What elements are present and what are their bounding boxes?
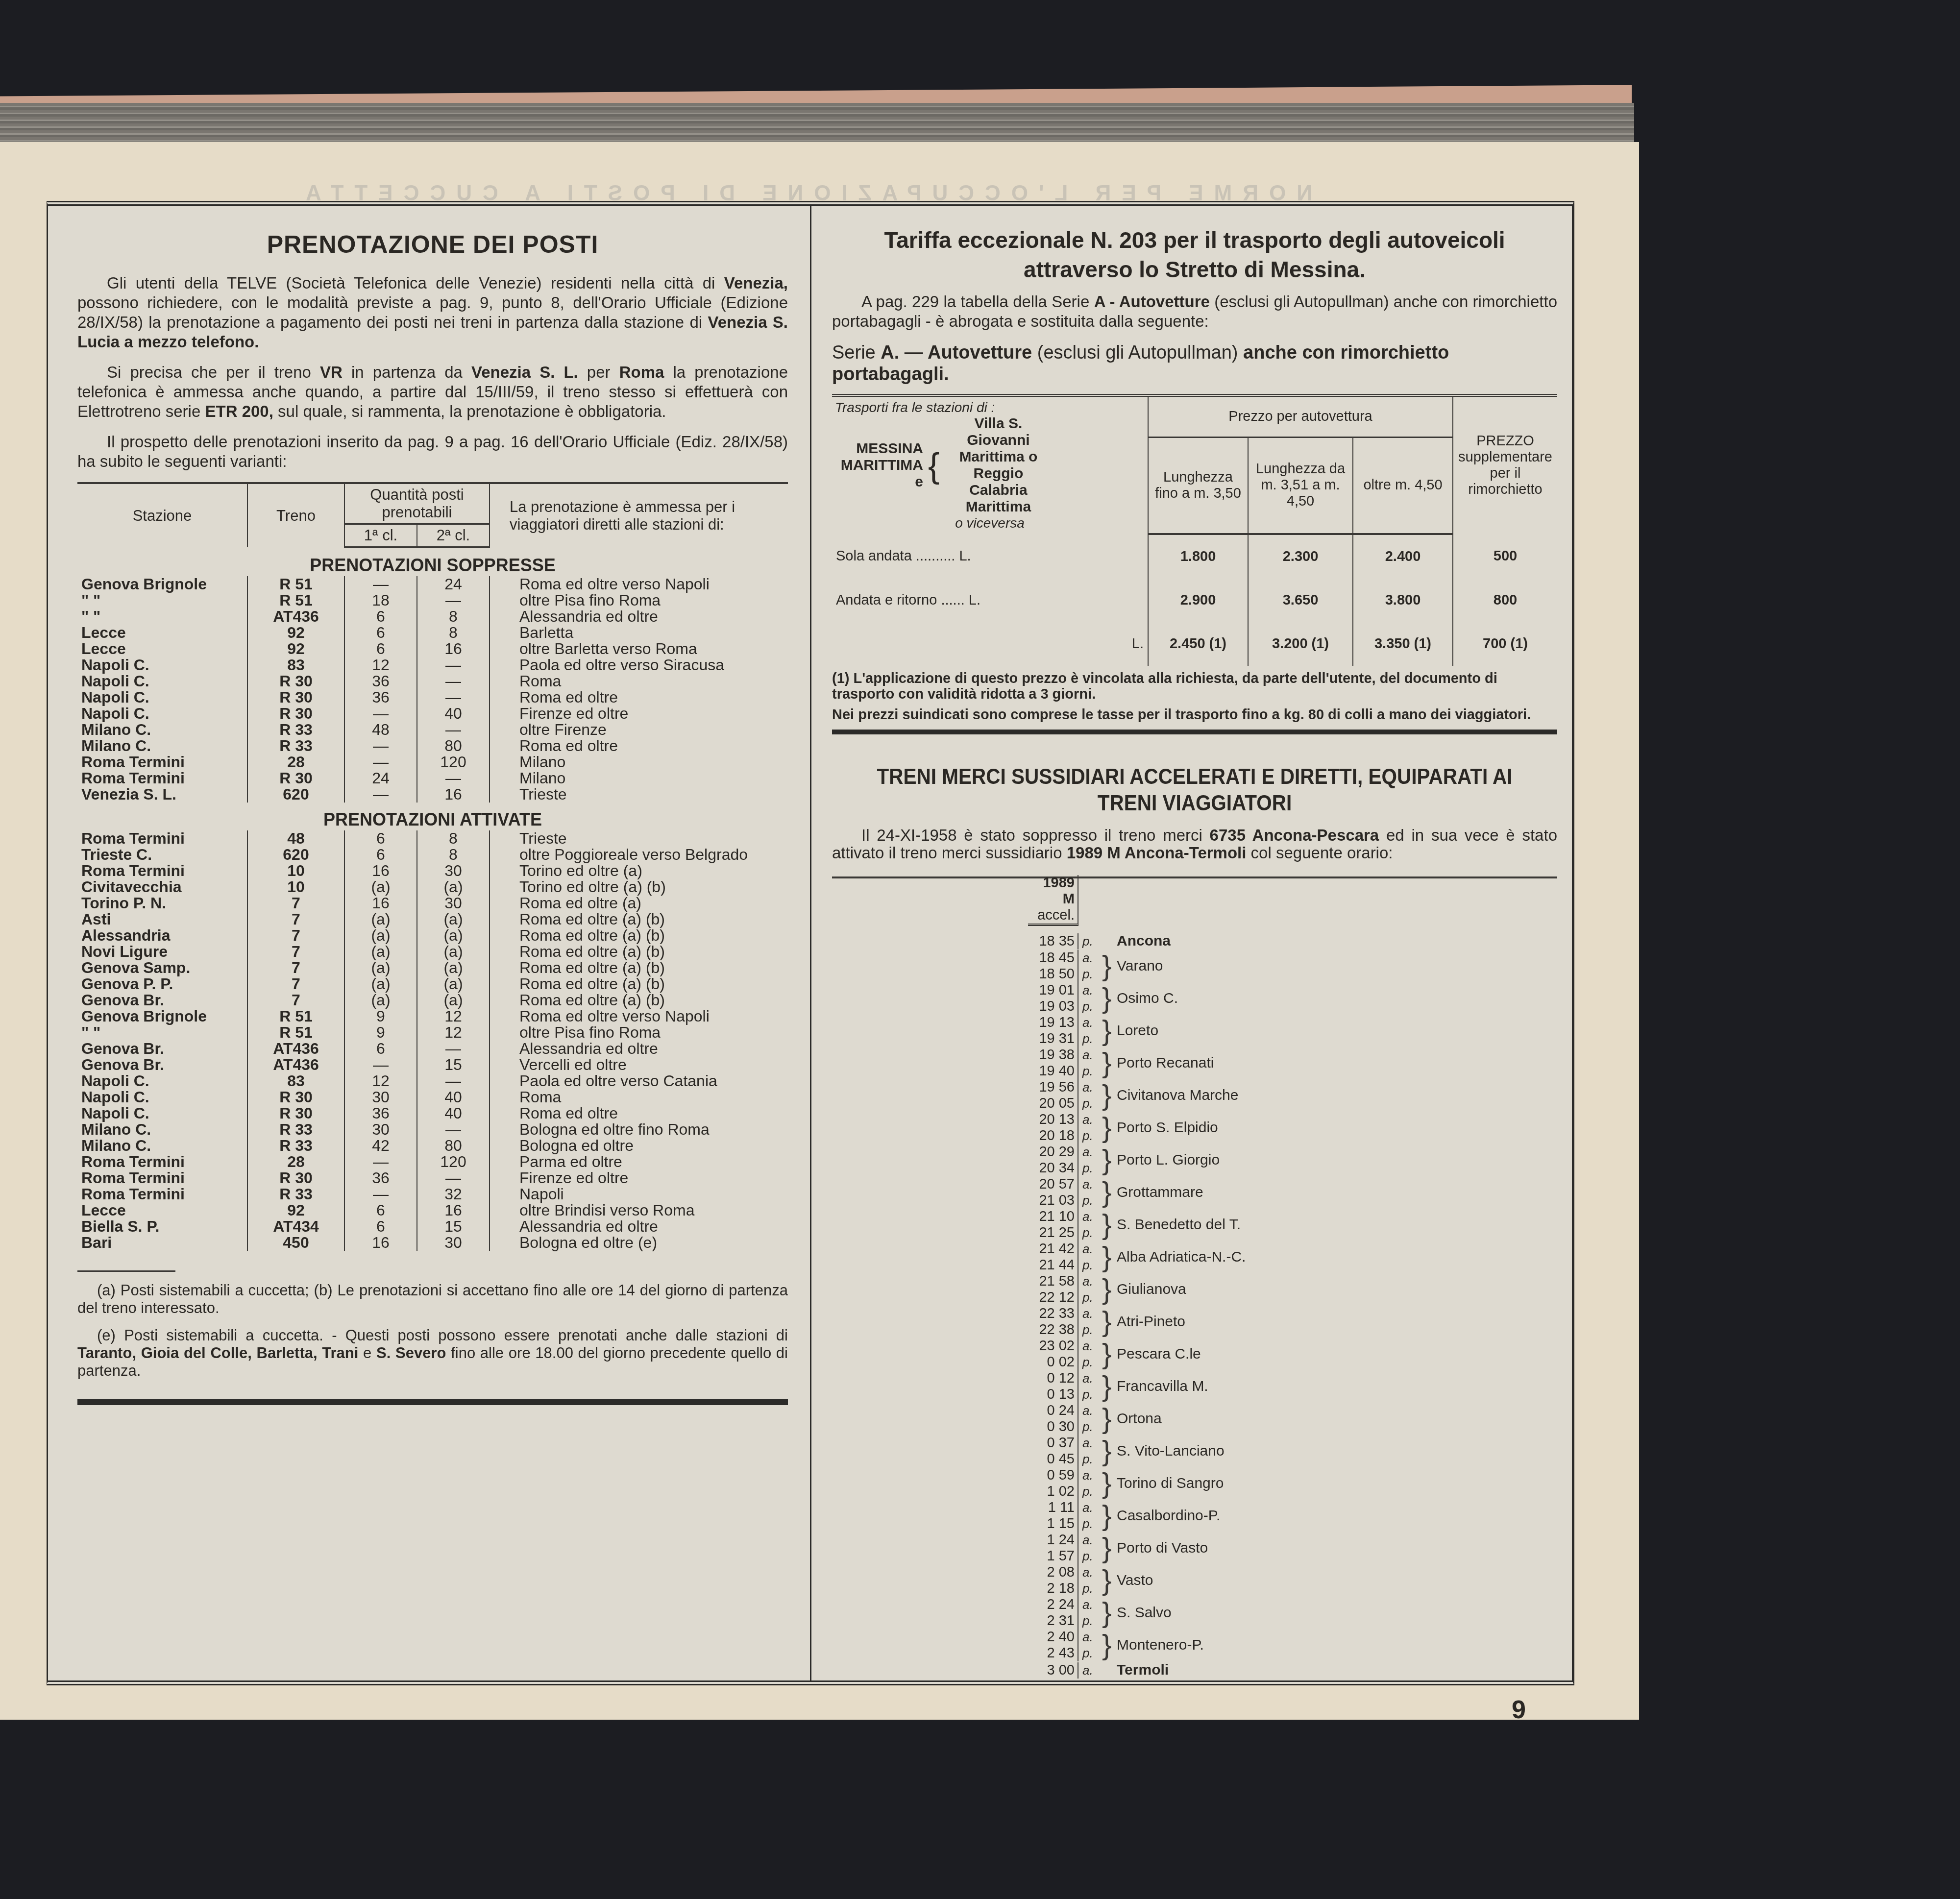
cell-train: 7 — [247, 944, 344, 960]
cell-c2: 32 — [417, 1186, 490, 1202]
table-row: Genova BrignoleR 51912Roma ed oltre vers… — [77, 1008, 788, 1024]
timetable-stop: 2 082 18a.p.}Vasto — [1028, 1564, 1557, 1597]
cell-c2: — — [417, 1170, 490, 1186]
table-row: Genova Br.AT436—15Vercelli ed oltre — [77, 1057, 788, 1073]
cell-c1: 42 — [344, 1138, 417, 1154]
cell-station: Roma Termini — [77, 754, 247, 770]
cell-dest: Alessandria ed oltre — [490, 1041, 788, 1057]
cell-train: 7 — [247, 911, 344, 927]
brace-icon: } — [1102, 1566, 1111, 1595]
cell-dest: Firenze ed oltre — [490, 706, 788, 722]
brace-icon: } — [1102, 1501, 1111, 1531]
cell-dest: Napoli — [490, 1186, 788, 1202]
cell-c1: 6 — [344, 609, 417, 625]
cell-c2: — — [417, 770, 490, 786]
cell-c1: (a) — [344, 976, 417, 992]
activated-section: PRENOTAZIONI ATTIVATE Roma Termini4868Tr… — [77, 803, 788, 1251]
table-row: Roma Termini28—120Parma ed oltre — [77, 1154, 788, 1170]
stations-header: Trasporti fra le stazioni di : MESSINA M… — [832, 395, 1148, 534]
table-row: Napoli C.R 30—40Firenze ed oltre — [77, 706, 788, 722]
cell-train: 83 — [247, 657, 344, 673]
brace-icon: } — [1102, 1145, 1111, 1175]
cell-dest: Roma ed oltre (a) (b) — [490, 944, 788, 960]
timetable: 1989 M accel. 18 35 p. Ancona 18 4518 50… — [1028, 883, 1557, 1679]
cell-c1: 9 — [344, 1008, 417, 1024]
timetable-stops: 18 4518 50a.p.}Varano19 0119 03a.p.}Osim… — [1028, 950, 1557, 1661]
col-header-station: Stazione — [77, 483, 247, 547]
cell-train: R 30 — [247, 1105, 344, 1121]
brace-icon: } — [1102, 1178, 1111, 1207]
col-length-2: Lunghezza da m. 3,51 a m. 4,50 — [1248, 437, 1353, 534]
cell-c1: — — [344, 706, 417, 722]
cell-dest: Barletta — [490, 625, 788, 641]
cell-dest: Roma ed oltre — [490, 738, 788, 754]
cell-train: 92 — [247, 641, 344, 657]
cell-station: " " — [77, 592, 247, 609]
cell-c2: — — [417, 1073, 490, 1089]
price-group-header: Prezzo per autovettura — [1148, 395, 1453, 437]
cell-train: 7 — [247, 992, 344, 1008]
cell-station: Napoli C. — [77, 1073, 247, 1089]
cell-c2: 8 — [417, 609, 490, 625]
cell-station: Asti — [77, 911, 247, 927]
brace-icon: } — [1102, 1210, 1111, 1240]
cell-train: AT436 — [247, 609, 344, 625]
brace-icon: } — [1102, 1631, 1111, 1660]
cell-c2: — — [417, 657, 490, 673]
table-row: Roma TerminiR 3036—Firenze ed oltre — [77, 1170, 788, 1186]
cell-c1: 6 — [344, 830, 417, 847]
cell-dest: Paola ed oltre verso Catania — [490, 1073, 788, 1089]
cell-c1: 30 — [344, 1089, 417, 1105]
cell-dest: Roma ed oltre (a) (b) — [490, 927, 788, 944]
cell-c1: 30 — [344, 1121, 417, 1138]
cell-c2: 40 — [417, 706, 490, 722]
cell-train: R 33 — [247, 738, 344, 754]
cell-dest: Bologna ed oltre — [490, 1138, 788, 1154]
cell-station: Napoli C. — [77, 1089, 247, 1105]
table-row: Trieste C.62068oltre Poggioreale verso B… — [77, 847, 788, 863]
row-andata-ritorno: Andata e ritorno ...... L. 2.900 3.650 3… — [832, 579, 1557, 622]
table-row: Milano C.R 3348—oltre Firenze — [77, 722, 788, 738]
brace-icon: } — [1102, 1469, 1111, 1498]
cell-c1: 36 — [344, 673, 417, 689]
tariff-title: Tariffa eccezionale N. 203 per il traspo… — [832, 225, 1557, 284]
cell-station: Genova Samp. — [77, 960, 247, 976]
timetable-stop: 21 5822 12a.p.}Giulianova — [1028, 1273, 1557, 1306]
cell-station: Milano C. — [77, 722, 247, 738]
cell-c1: (a) — [344, 927, 417, 944]
cell-c2: — — [417, 673, 490, 689]
timetable-stop: 0 120 13a.p.}Francavilla M. — [1028, 1370, 1557, 1403]
cell-station: Lecce — [77, 625, 247, 641]
timetable-stop: 19 3819 40a.p.}Porto Recanati — [1028, 1047, 1557, 1079]
cell-c1: — — [344, 1186, 417, 1202]
cell-dest: Roma ed oltre — [490, 689, 788, 706]
cell-station: " " — [77, 609, 247, 625]
cell-train: R 51 — [247, 576, 344, 592]
left-column: PRENOTAZIONE DEI POSTI Gli utenti della … — [77, 230, 788, 1405]
cell-station: Biella S. P. — [77, 1218, 247, 1235]
cell-c2: 120 — [417, 1154, 490, 1170]
paragraph-telve: Gli utenti della TELVE (Società Telefoni… — [77, 273, 788, 352]
paragraph-varianti: Il prospetto delle prenotazioni inserito… — [77, 432, 788, 471]
cell-c2: — — [417, 1041, 490, 1057]
cell-c1: 48 — [344, 722, 417, 738]
cell-station: Trieste C. — [77, 847, 247, 863]
cell-c1: 9 — [344, 1024, 417, 1041]
cell-c1: (a) — [344, 992, 417, 1008]
table-row: Genova Br.7(a)(a)Roma ed oltre (a) (b) — [77, 992, 788, 1008]
brace-icon: } — [1102, 1242, 1111, 1272]
table-row: Genova Br.AT4366—Alessandria ed oltre — [77, 1041, 788, 1057]
page-number: 9 — [1512, 1695, 1526, 1725]
table-row: Napoli C.8312—Paola ed oltre verso Sirac… — [77, 657, 788, 673]
cell-c2: 12 — [417, 1008, 490, 1024]
cell-c2: 24 — [417, 576, 490, 592]
timetable-stop: 20 2920 34a.p.}Porto L. Giorgio — [1028, 1144, 1557, 1176]
cell-train: 450 — [247, 1235, 344, 1251]
cell-station: Genova Brignole — [77, 576, 247, 592]
timetable-stop: 2 242 31a.p.}S. Salvo — [1028, 1597, 1557, 1629]
cell-train: 92 — [247, 625, 344, 641]
cell-station: Genova Br. — [77, 1041, 247, 1057]
cell-c1: 24 — [344, 770, 417, 786]
brace-icon: } — [1102, 1275, 1111, 1304]
timetable-stop: 21 1021 25a.p.}S. Benedetto del T. — [1028, 1209, 1557, 1241]
cell-dest: Alessandria ed oltre — [490, 1218, 788, 1235]
cell-station: Torino P. N. — [77, 895, 247, 911]
timetable-stop: 0 240 30a.p.}Ortona — [1028, 1403, 1557, 1435]
cell-dest: Alessandria ed oltre — [490, 609, 788, 625]
row-andata-ritorno-reduced: L. 2.450 (1) 3.200 (1) 3.350 (1) 700 (1) — [832, 622, 1557, 666]
timetable-stop: 21 4221 44a.p.}Alba Adriatica-N.-C. — [1028, 1241, 1557, 1273]
row-sola-andata: Sola andata .......... L. 1.800 2.300 2.… — [832, 534, 1557, 579]
brace-icon: } — [1102, 1339, 1111, 1369]
cell-train: R 30 — [247, 770, 344, 786]
cell-c1: (a) — [344, 960, 417, 976]
table-row: Milano C.R 3330—Bologna ed oltre fino Ro… — [77, 1121, 788, 1138]
cell-c1: 18 — [344, 592, 417, 609]
timetable-stop: 23 020 02a.p.}Pescara C.le — [1028, 1338, 1557, 1370]
cell-c2: 15 — [417, 1218, 490, 1235]
cell-station: Genova P. P. — [77, 976, 247, 992]
timetable-stop: 19 5620 05a.p.}Civitanova Marche — [1028, 1079, 1557, 1112]
cell-station: Genova Br. — [77, 1057, 247, 1073]
cell-dest: Roma ed oltre (a) (b) — [490, 960, 788, 976]
cell-station: Venezia S. L. — [77, 786, 247, 803]
cell-train: R 30 — [247, 706, 344, 722]
table-row: Roma TerminiR 33—32Napoli — [77, 1186, 788, 1202]
cell-c2: (a) — [417, 992, 490, 1008]
cell-c2: 16 — [417, 786, 490, 803]
cell-dest: oltre Firenze — [490, 722, 788, 738]
cell-train: 83 — [247, 1073, 344, 1089]
cell-c2: (a) — [417, 976, 490, 992]
cell-station: Napoli C. — [77, 706, 247, 722]
section-title-prenotazione: PRENOTAZIONE DEI POSTI — [77, 230, 788, 259]
cell-c1: 6 — [344, 1202, 417, 1218]
cell-c2: (a) — [417, 911, 490, 927]
table-row: Genova Samp.7(a)(a)Roma ed oltre (a) (b) — [77, 960, 788, 976]
suppressed-section: PRENOTAZIONI SOPPRESSE Genova BrignoleR … — [77, 547, 788, 803]
timetable-stop: 0 591 02a.p.}Torino di Sangro — [1028, 1467, 1557, 1500]
cell-train: 7 — [247, 976, 344, 992]
cell-dest: oltre Poggioreale verso Belgrado — [490, 847, 788, 863]
table-row: Civitavecchia10(a)(a)Torino ed oltre (a)… — [77, 879, 788, 895]
cell-train: R 33 — [247, 1121, 344, 1138]
cell-dest: Roma ed oltre verso Napoli — [490, 576, 788, 592]
table-row: " "R 51912oltre Pisa fino Roma — [77, 1024, 788, 1041]
suppressed-title: PRENOTAZIONI SOPPRESSE — [77, 547, 788, 576]
cell-c1: — — [344, 738, 417, 754]
table-row: Genova P. P.7(a)(a)Roma ed oltre (a) (b) — [77, 976, 788, 992]
timetable-origin: 18 35 p. Ancona — [1028, 932, 1557, 950]
cell-train: 10 — [247, 863, 344, 879]
cell-dest: Roma ed oltre (a) — [490, 895, 788, 911]
col-header-destinations: La prenotazione è ammessa per i viaggiat… — [490, 483, 788, 547]
cell-dest: Bologna ed oltre (e) — [490, 1235, 788, 1251]
table-row: Napoli C.R 303040Roma — [77, 1089, 788, 1105]
cell-station: Lecce — [77, 1202, 247, 1218]
cell-c1: (a) — [344, 944, 417, 960]
cell-c2: 16 — [417, 641, 490, 657]
table-row: Lecce92616oltre Barletta verso Roma — [77, 641, 788, 657]
cell-dest: Roma ed oltre (a) (b) — [490, 976, 788, 992]
tariff-note-2: Nei prezzi suindicati sono comprese le t… — [832, 707, 1557, 723]
timetable-stop: 2 402 43a.p.}Montenero-P. — [1028, 1629, 1557, 1661]
brace-icon: } — [1102, 1598, 1111, 1628]
cell-dest: Roma ed oltre (a) (b) — [490, 992, 788, 1008]
cell-station: Roma Termini — [77, 1186, 247, 1202]
cell-station: Milano C. — [77, 1138, 247, 1154]
brace-icon: } — [1102, 1307, 1111, 1337]
footnote-ab: (a) Posti sistemabili a cuccetta; (b) Le… — [77, 1282, 788, 1317]
cell-station: Genova Br. — [77, 992, 247, 1008]
cell-train: R 33 — [247, 722, 344, 738]
cell-c1: 6 — [344, 625, 417, 641]
right-column: Tariffa eccezionale N. 203 per il traspo… — [832, 225, 1557, 1679]
brace-icon: } — [1102, 1016, 1111, 1046]
cell-c2: (a) — [417, 944, 490, 960]
timetable-stop: 0 370 45a.p.}S. Vito-Lanciano — [1028, 1435, 1557, 1467]
cell-dest: Roma — [490, 673, 788, 689]
cell-c2: 8 — [417, 830, 490, 847]
cell-train: 7 — [247, 960, 344, 976]
cell-dest: oltre Barletta verso Roma — [490, 641, 788, 657]
table-row: Roma TerminiR 3024—Milano — [77, 770, 788, 786]
cell-c2: 30 — [417, 863, 490, 879]
cell-station: Milano C. — [77, 738, 247, 754]
col-length-1: Lunghezza fino a m. 3,50 — [1148, 437, 1248, 534]
table-row: Roma Termini101630Torino ed oltre (a) — [77, 863, 788, 879]
cell-train: R 30 — [247, 1089, 344, 1105]
cell-train: AT436 — [247, 1041, 344, 1057]
cell-c2: (a) — [417, 960, 490, 976]
cell-c2: 30 — [417, 1235, 490, 1251]
cell-station: " " — [77, 1024, 247, 1041]
brace-icon: } — [1102, 1404, 1111, 1434]
timetable-stop: 22 3322 38a.p.}Atri-Pineto — [1028, 1306, 1557, 1338]
cell-c2: 40 — [417, 1105, 490, 1121]
cell-dest: Roma — [490, 1089, 788, 1105]
timetable-stop: 1 111 15a.p.}Casalbordino-P. — [1028, 1500, 1557, 1532]
col-header-class2: 2ª cl. — [417, 524, 490, 548]
cell-c1: — — [344, 576, 417, 592]
cell-dest: Trieste — [490, 830, 788, 847]
cell-c2: 8 — [417, 847, 490, 863]
table-row: Roma Termini4868Trieste — [77, 830, 788, 847]
cell-station: Napoli C. — [77, 689, 247, 706]
cell-c1: 36 — [344, 1170, 417, 1186]
table-row: " "R 5118—oltre Pisa fino Roma — [77, 592, 788, 609]
cell-dest: Roma ed oltre verso Napoli — [490, 1008, 788, 1024]
timetable-stop: 19 1319 31a.p.}Loreto — [1028, 1015, 1557, 1047]
reservations-table: Stazione Treno Quantità posti prenotabil… — [77, 482, 788, 1251]
tariff-note-1: (1) L'applicazione di questo prezzo è vi… — [832, 671, 1557, 702]
table-row: Novi Ligure7(a)(a)Roma ed oltre (a) (b) — [77, 944, 788, 960]
cell-dest: Paola ed oltre verso Siracusa — [490, 657, 788, 673]
table-row: Napoli C.R 3036—Roma ed oltre — [77, 689, 788, 706]
cell-c1: 12 — [344, 1073, 417, 1089]
cell-c2: 12 — [417, 1024, 490, 1041]
cell-dest: Trieste — [490, 786, 788, 803]
cell-c2: 8 — [417, 625, 490, 641]
cell-dest: Vercelli ed oltre — [490, 1057, 788, 1073]
table-row: Napoli C.R 3036—Roma — [77, 673, 788, 689]
col-length-3: oltre m. 4,50 — [1353, 437, 1453, 534]
table-row: Roma Termini28—120Milano — [77, 754, 788, 770]
cell-c2: — — [417, 689, 490, 706]
cell-c2: 80 — [417, 738, 490, 754]
cell-c1: (a) — [344, 879, 417, 895]
cell-c1: 16 — [344, 863, 417, 879]
cell-dest: Torino ed oltre (a) — [490, 863, 788, 879]
table-row: Genova BrignoleR 51—24Roma ed oltre vers… — [77, 576, 788, 592]
merci-paragraph: Il 24-XI-1958 è stato soppresso il treno… — [832, 827, 1557, 862]
brace-icon: } — [1102, 1436, 1111, 1466]
cell-dest: Roma ed oltre (a) (b) — [490, 911, 788, 927]
table-row: " "AT43668Alessandria ed oltre — [77, 609, 788, 625]
cell-dest: Firenze ed oltre — [490, 1170, 788, 1186]
brace-icon: } — [1102, 984, 1111, 1013]
cell-dest: Milano — [490, 770, 788, 786]
cell-train: 28 — [247, 1154, 344, 1170]
table-row: Milano C.R 334280Bologna ed oltre — [77, 1138, 788, 1154]
timetable-stop: 20 5721 03a.p.}Grottammare — [1028, 1176, 1557, 1209]
cell-c1: — — [344, 1057, 417, 1073]
column-divider — [810, 206, 811, 1680]
footnote-e: (e) Posti sistemabili a cuccetta. - Ques… — [77, 1327, 788, 1380]
cell-dest: Bologna ed oltre fino Roma — [490, 1121, 788, 1138]
cell-station: Napoli C. — [77, 673, 247, 689]
cell-train: 10 — [247, 879, 344, 895]
cell-c2: 30 — [417, 895, 490, 911]
cell-c2: 40 — [417, 1089, 490, 1105]
table-row: Lecce92616oltre Brindisi verso Roma — [77, 1202, 788, 1218]
cell-train: R 33 — [247, 1186, 344, 1202]
merci-title: TRENI MERCI SUSSIDIARI ACCELERATI E DIRE… — [861, 764, 1528, 817]
cell-station: Roma Termini — [77, 863, 247, 879]
serie-a-heading: Serie A. — Autovetture (esclusi gli Auto… — [832, 342, 1557, 385]
table-row: Biella S. P.AT434615Alessandria ed oltre — [77, 1218, 788, 1235]
brace-icon: } — [1102, 1081, 1111, 1110]
cell-station: Civitavecchia — [77, 879, 247, 895]
cell-station: Roma Termini — [77, 770, 247, 786]
right-mid-rule — [832, 730, 1557, 734]
cell-dest: oltre Pisa fino Roma — [490, 1024, 788, 1041]
cell-station: Napoli C. — [77, 1105, 247, 1121]
activated-title: PRENOTAZIONI ATTIVATE — [77, 803, 788, 830]
page-frame: PRENOTAZIONE DEI POSTI Gli utenti della … — [47, 201, 1574, 1685]
left-bottom-rule — [77, 1399, 788, 1405]
cell-station: Lecce — [77, 641, 247, 657]
cell-c1: 6 — [344, 847, 417, 863]
cell-station: Roma Termini — [77, 1154, 247, 1170]
cell-c1: 36 — [344, 689, 417, 706]
cell-c1: 6 — [344, 1041, 417, 1057]
timetable-stop: 19 0119 03a.p.}Osimo C. — [1028, 982, 1557, 1015]
timetable-stop: 1 241 57a.p.}Porto di Vasto — [1028, 1532, 1557, 1564]
cell-dest: Roma ed oltre — [490, 1105, 788, 1121]
cell-train: AT434 — [247, 1218, 344, 1235]
cell-train: 92 — [247, 1202, 344, 1218]
cell-train: R 33 — [247, 1138, 344, 1154]
cell-dest: oltre Brindisi verso Roma — [490, 1202, 788, 1218]
col-header-class1: 1ª cl. — [344, 524, 417, 548]
table-row: Torino P. N.71630Roma ed oltre (a) — [77, 895, 788, 911]
brace-icon: } — [1102, 1534, 1111, 1563]
cell-train: R 30 — [247, 673, 344, 689]
cell-train: 620 — [247, 786, 344, 803]
cell-c1: 36 — [344, 1105, 417, 1121]
cell-c2: 15 — [417, 1057, 490, 1073]
cell-station: Napoli C. — [77, 657, 247, 673]
cell-train: 7 — [247, 895, 344, 911]
cell-c2: (a) — [417, 879, 490, 895]
cell-train: 7 — [247, 927, 344, 944]
cell-train: R 30 — [247, 1170, 344, 1186]
table-row: Venezia S. L.620—16Trieste — [77, 786, 788, 803]
cell-train: R 30 — [247, 689, 344, 706]
cell-c2: 80 — [417, 1138, 490, 1154]
footnote-rule — [77, 1270, 175, 1272]
cell-station: Roma Termini — [77, 1170, 247, 1186]
cell-station: Milano C. — [77, 1121, 247, 1138]
brace-icon: } — [1102, 1048, 1111, 1078]
cell-dest: oltre Pisa fino Roma — [490, 592, 788, 609]
cell-train: R 51 — [247, 1024, 344, 1041]
cell-train: AT436 — [247, 1057, 344, 1073]
table-row: Napoli C.8312—Paola ed oltre verso Catan… — [77, 1073, 788, 1089]
table-row: Asti7(a)(a)Roma ed oltre (a) (b) — [77, 911, 788, 927]
col-header-train: Treno — [247, 483, 344, 547]
cell-c2: 16 — [417, 1202, 490, 1218]
paragraph-vr-train: Si precisa che per il treno VR in parten… — [77, 363, 788, 421]
cell-c1: 6 — [344, 641, 417, 657]
table-row: Milano C.R 33—80Roma ed oltre — [77, 738, 788, 754]
timetable-destination: 3 00 a. Termoli — [1028, 1661, 1557, 1679]
tariff-table: Trasporti fra le stazioni di : MESSINA M… — [832, 394, 1557, 666]
cell-station: Roma Termini — [77, 830, 247, 847]
cell-c2: 120 — [417, 754, 490, 770]
cell-c1: 16 — [344, 1235, 417, 1251]
cell-station: Genova Brignole — [77, 1008, 247, 1024]
cell-c1: (a) — [344, 911, 417, 927]
tariff-intro: A pag. 229 la tabella della Serie A - Au… — [832, 292, 1557, 331]
cell-c2: — — [417, 722, 490, 738]
cell-train: R 51 — [247, 1008, 344, 1024]
